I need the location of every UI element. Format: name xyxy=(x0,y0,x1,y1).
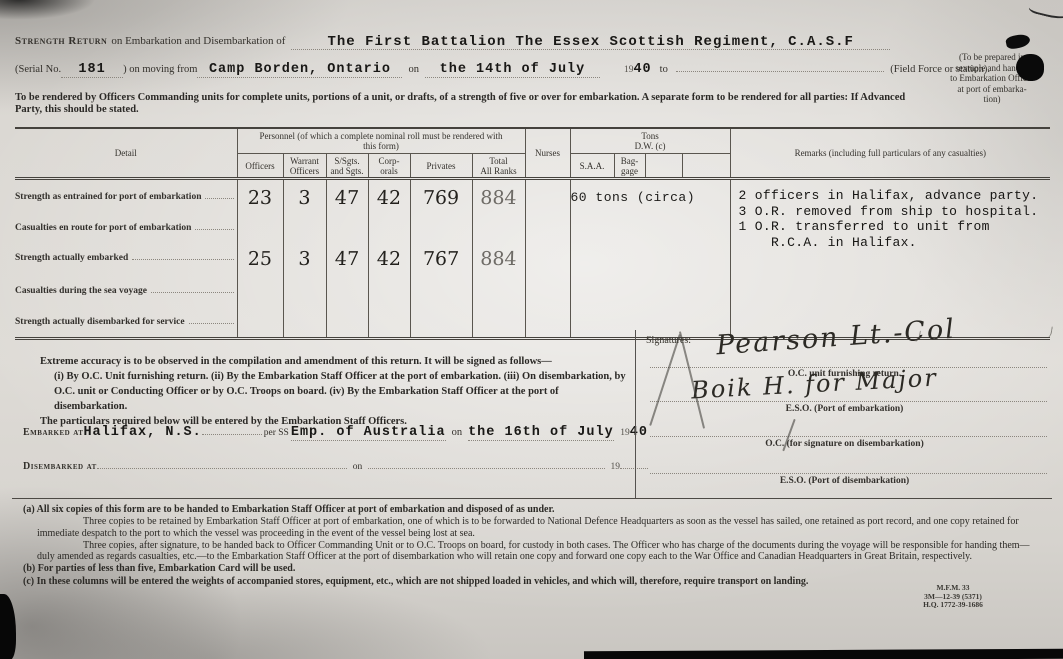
signature-line-3 xyxy=(650,435,1047,437)
year-typed-value: 40 xyxy=(633,62,651,77)
unit-name-underline: The First Battalion The Essex Scottish R… xyxy=(291,33,890,50)
note-c: (c) In these columns will be entered the… xyxy=(23,576,1045,587)
render-note: To be rendered by Officers Commanding un… xyxy=(15,92,927,116)
cell-tons xyxy=(570,275,730,308)
cell-total xyxy=(472,215,526,242)
per-ss-label: per SS xyxy=(264,428,289,438)
col-header-detail: Detail xyxy=(15,128,237,179)
to-underline xyxy=(676,71,884,72)
serial-value-underline: 181 xyxy=(61,62,123,78)
eso-disembark-label: E.S.O. (Port of disembarkation) xyxy=(636,476,1053,486)
row-label: Strength as entrained for port of embark… xyxy=(15,192,201,202)
signature-line-4 xyxy=(650,472,1047,474)
note-a: (a) All six copies of this form are to b… xyxy=(23,504,1045,515)
cell-nurses xyxy=(525,242,570,275)
cell-warrant xyxy=(282,275,326,308)
row-label: Casualties during the sea voyage xyxy=(15,286,147,296)
cell-sgts xyxy=(326,215,369,242)
cell-sgts: 47 xyxy=(325,179,368,215)
on-word: on xyxy=(408,64,419,75)
table-row: Strength as entrained for port of embark… xyxy=(15,179,1050,215)
cell-nurses xyxy=(525,308,570,339)
embarked-place-value: Halifax, N.S. xyxy=(83,425,201,440)
row-label: Casualties en route for port of embarkat… xyxy=(15,223,191,233)
cell-nurses xyxy=(525,215,570,242)
col-header-total: Total All Ranks xyxy=(472,154,525,179)
serial-label: (Serial No. xyxy=(15,64,61,75)
moving-from-label: ) on moving from xyxy=(123,64,197,75)
cell-corporals xyxy=(368,215,411,242)
year-printed-prefix: 19 xyxy=(624,65,634,75)
cell-officers xyxy=(237,215,284,242)
disembark-year-prefix: 19 xyxy=(611,462,621,472)
film-edge-left xyxy=(0,594,16,659)
cell-warrant xyxy=(283,215,327,242)
moving-from-underline: Camp Borden, Ontario xyxy=(197,62,402,78)
cell-warrant: 3 xyxy=(282,242,326,275)
cell-nurses xyxy=(525,179,570,215)
accuracy-line-2: (i) By O.C. Unit furnishing return. (ii)… xyxy=(54,369,630,384)
cell-privates xyxy=(409,275,472,308)
embark-year-prefix: 19 xyxy=(620,428,630,438)
ship-underline: Emp. of Australia xyxy=(291,425,446,441)
signatures-box: Signatures: Pearson Lt.-Col O.C. unit fu… xyxy=(635,330,1053,498)
disembarked-line: Disembarked at on 19 xyxy=(23,461,648,472)
col-header-warrant-officers: Warrant Officers xyxy=(283,154,326,179)
col-header-officers: Officers xyxy=(237,154,283,179)
cell-nurses xyxy=(525,275,570,308)
row-label: Strength actually embarked xyxy=(15,253,128,263)
cell-tons: 60 tons (circa) xyxy=(570,179,730,215)
col-header-tons: Tons D.W. (c) xyxy=(570,128,730,154)
film-edge-bottom xyxy=(584,649,1063,659)
scanned-strength-return-form: Strength Return on Embarkation and Disem… xyxy=(0,0,1063,659)
cell-total: 884 xyxy=(471,179,525,215)
cell-corporals xyxy=(367,308,410,339)
serial-line: (Serial No. 181 ) on moving from Camp Bo… xyxy=(15,62,990,78)
to-word: to xyxy=(660,64,668,75)
cell-tons xyxy=(570,215,730,242)
form-title-smallcaps: Strength Return xyxy=(15,35,107,47)
col-header-privates: Privates xyxy=(410,154,472,179)
row-label: Strength actually disembarked for servic… xyxy=(15,317,185,327)
cell-total xyxy=(471,308,525,339)
embark-date-value: the 16th of July xyxy=(468,425,614,440)
embarked-label: Embarked at xyxy=(23,427,83,438)
col-header-nurses: Nurses xyxy=(525,128,570,179)
oc-disembark-label: O.C. (for signature on disembarkation) xyxy=(636,439,1053,449)
section-divider-line xyxy=(12,498,1052,499)
scan-smudge-top-left xyxy=(0,0,96,20)
signature-line-2 xyxy=(650,400,1047,402)
serial-value: 181 xyxy=(78,62,105,77)
cell-sgts xyxy=(325,308,368,339)
col-header-sgts: S/Sgts. and Sgts. xyxy=(326,154,368,179)
cell-warrant: 3 xyxy=(282,179,326,215)
cell-total: 884 xyxy=(471,242,525,275)
footnotes: (a) All six copies of this form are to b… xyxy=(23,504,1045,588)
cell-privates xyxy=(410,215,473,242)
col-header-saa: S.A.A. xyxy=(570,154,614,179)
note-b: (b) For parties of less than five, Embar… xyxy=(23,563,1045,574)
moving-date-value: the 14th of July xyxy=(440,62,586,77)
ink-blot-large xyxy=(1016,54,1044,81)
col-header-tons-extra2 xyxy=(682,154,730,179)
form-title-rest: on Embarkation and Disembarkation of xyxy=(111,35,285,47)
disembarked-label: Disembarked at xyxy=(23,461,97,472)
strength-table: Detail Personnel (of which a complete no… xyxy=(15,127,1050,340)
cell-corporals: 42 xyxy=(367,179,410,215)
cell-privates xyxy=(409,308,472,339)
note-a-sub1: Three copies to be retained by Embarkati… xyxy=(37,516,1045,539)
disembark-on-word: on xyxy=(353,462,363,472)
cell-tons xyxy=(570,242,730,275)
remarks-cell: 2 officers in Halifax, advance party. 3 … xyxy=(730,179,1050,339)
accuracy-paragraph: Extreme accuracy is to be observed in th… xyxy=(40,354,630,429)
col-header-personnel: Personnel (of which a complete nominal r… xyxy=(237,128,525,154)
cell-sgts xyxy=(325,275,368,308)
cell-officers: 23 xyxy=(236,179,283,215)
cell-officers xyxy=(236,275,283,308)
cell-corporals: 42 xyxy=(367,242,410,275)
cell-total xyxy=(471,275,525,308)
cell-officers xyxy=(236,308,283,339)
ink-blot-small xyxy=(1005,33,1031,51)
print-codes: M.F.M. 33 3M—12-39 (5371) H.Q. 1772-39-1… xyxy=(893,584,1013,610)
accuracy-line-3: O.C. unit or Conducting Officer or by O.… xyxy=(54,384,630,414)
cell-sgts: 47 xyxy=(325,242,368,275)
cell-privates: 769 xyxy=(409,179,472,215)
accuracy-line-1: Extreme accuracy is to be observed in th… xyxy=(40,354,630,369)
unit-name-value: The First Battalion The Essex Scottish R… xyxy=(291,34,890,50)
scan-scratch-top-right xyxy=(1028,0,1063,23)
cell-officers: 25 xyxy=(236,242,283,275)
moving-from-value: Camp Borden, Ontario xyxy=(209,62,391,77)
ship-value: Emp. of Australia xyxy=(291,425,446,440)
embark-on-word: on xyxy=(452,427,463,438)
embarked-line: Embarked at Halifax, N.S. per SS Emp. of… xyxy=(23,425,648,441)
cell-warrant xyxy=(282,308,326,339)
col-header-tons-extra1 xyxy=(645,154,682,179)
col-header-baggage: Bag- gage xyxy=(614,154,645,179)
cell-privates: 767 xyxy=(409,242,472,275)
print-code-3: H.Q. 1772-39-1686 xyxy=(893,601,1013,610)
note-a-sub2: Three copies, after signature, to be han… xyxy=(37,540,1045,563)
col-header-corporals: Corp- orals xyxy=(368,154,410,179)
embark-date-underline: the 16th of July xyxy=(468,425,614,441)
cell-corporals xyxy=(367,275,410,308)
moving-date-underline: the 14th of July xyxy=(425,62,600,78)
form-title-line: Strength Return on Embarkation and Disem… xyxy=(15,33,890,50)
col-header-remarks: Remarks (including full particulars of a… xyxy=(730,128,1050,179)
